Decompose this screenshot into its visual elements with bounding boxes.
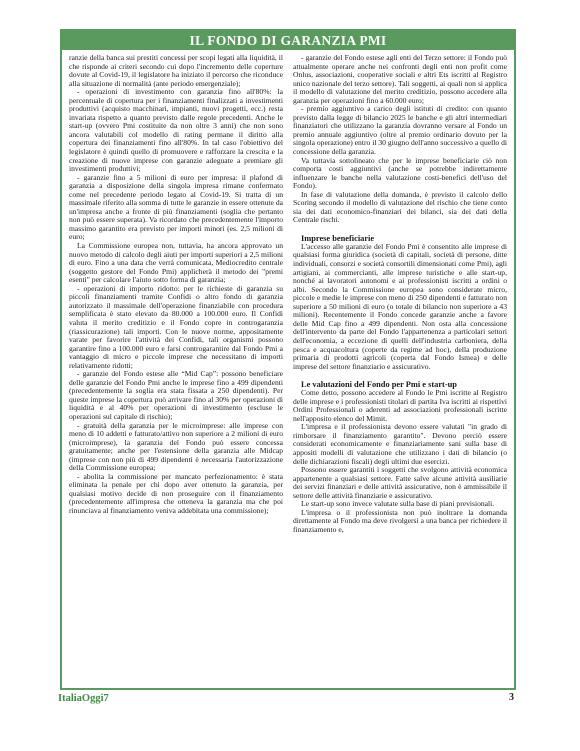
paragraph: Va tuttavia sottolineato che per le impr… xyxy=(293,157,507,191)
paragraph: L'impresa e il professionista devono ess… xyxy=(293,423,507,466)
paragraph: - garanzie del Fondo estese alle “Mid Ca… xyxy=(69,370,283,421)
paragraph: - operazioni di importo ridotto: per le … xyxy=(69,285,283,370)
paragraph: L'impresa o il professionista non può in… xyxy=(293,509,507,535)
article-title: IL FONDO DI GARANZIA PMI xyxy=(62,31,514,50)
paragraph: - premio aggiuntivo a carico degli istit… xyxy=(293,105,507,156)
paragraph: - gratuità della garanzia per le microim… xyxy=(69,422,283,473)
paragraph: - abolita la commissione per mancato per… xyxy=(69,473,283,516)
paragraph: L'accesso alle garanzie del Fondo Pmi è … xyxy=(293,243,507,371)
page-number: 3 xyxy=(509,692,514,703)
paragraph: La Commissione europea non, tuttavia, ha… xyxy=(69,242,283,285)
article-box: IL FONDO DI GARANZIA PMI ranzie della ba… xyxy=(60,29,516,690)
paragraph: - operazioni di investimento con garanzi… xyxy=(69,88,283,173)
paragraph: Come detto, possono accedere al Fondo le… xyxy=(293,389,507,423)
right-column: - garanzie del Fondo estese agli enti de… xyxy=(293,54,507,534)
publication-logo: ItaliaOggi7 xyxy=(58,693,109,704)
paragraph: Possono essere garantiti i soggetti che … xyxy=(293,466,507,500)
paragraph: - garanzie fino a 5 milioni di euro per … xyxy=(69,174,283,242)
paragraph: In fase di valutazione della domanda, è … xyxy=(293,191,507,225)
paragraph: ranzie della banca sui prestiti concessi… xyxy=(69,54,283,88)
paragraph: - garanzie del Fondo estese agli enti de… xyxy=(293,54,507,105)
left-column: ranzie della banca sui prestiti concessi… xyxy=(69,54,283,534)
